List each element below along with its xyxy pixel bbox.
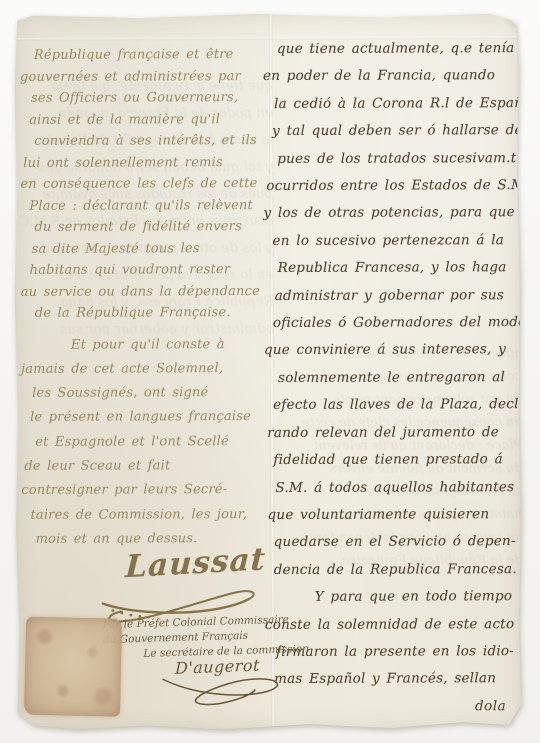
manuscript-line: administrar y gobernar por sus — [275, 282, 521, 310]
manuscript-line: jamais de cet acte Solemnel, — [21, 357, 267, 382]
catchword: dola — [475, 698, 506, 714]
manuscript-line: en lo sucesivo pertenezcan á la — [272, 227, 518, 255]
manuscript-line: fidelidad que tienen prestado á — [273, 446, 519, 474]
manuscript-line: les Soussignés, ont signé — [32, 381, 278, 406]
manuscript-line: en conséquence les clefs de cette — [20, 173, 266, 195]
spanish-paragraph: Y para que en todo tiempoconste la solem… — [274, 583, 520, 693]
manuscript-line: que voluntariamente quisieren — [267, 501, 513, 529]
attestation-block: Par le Préfet Colonial Commissaire du Go… — [102, 612, 293, 663]
manuscript-line: quedarse en el Servicio ó depen- — [274, 528, 520, 556]
manuscript-line: rando relevan del juramento de — [267, 419, 513, 447]
manuscript-line: ses Officiers ou Gouverneurs, — [31, 87, 277, 109]
manuscript-line: au service ou dans la dépendance — [21, 281, 267, 303]
manuscript-line: y los de otras potencias, para que — [263, 200, 509, 228]
manuscript-line: mas Español y Francés, sellan — [274, 665, 520, 693]
manuscript-line: de la République Française. — [35, 302, 281, 324]
spanish-text-column: que tiene actualmente, q.e teníaen poder… — [272, 35, 520, 694]
manuscript-line: S.M. á todos aquellos habitantes — [275, 474, 521, 502]
manuscript-line: du serment de fidélité envers — [34, 216, 280, 238]
manuscript-line: que tiene actualmente, q.e tenía — [277, 35, 523, 63]
manuscript-line: la cedió à la Corona R.l de España — [274, 90, 520, 118]
manuscript-line: oficiales ó Gobernadores del modo — [273, 309, 519, 337]
manuscript-line: Place : déclarant qu'ils relèvent — [29, 194, 275, 216]
french-text-column: République française et êtregouvernées e… — [29, 44, 277, 552]
manuscript-line: Et pour qu'il conste à — [35, 332, 281, 357]
manuscript-line: le présent en langues française — [30, 405, 276, 430]
manuscript-line: de leur Sceau et fait — [24, 454, 270, 479]
secretary-flourish-icon — [157, 673, 287, 713]
manuscript-line: solemnemente le entregaron al — [278, 364, 524, 392]
manuscript-line: ainsi et de la manière qu'il — [29, 108, 275, 130]
manuscript-line: firmaron la presente en los idio- — [276, 638, 522, 666]
manuscript-line: habitans qui voudront rester — [30, 259, 276, 281]
manuscript-line: que conviniere á sus intereses, y — [264, 337, 510, 365]
manuscript-line: en poder de la Francia, quando — [263, 63, 509, 91]
manuscript-line: contresigner par leurs Secré- — [21, 478, 267, 503]
manuscript-line: pues de los tratados sucesivam.te — [277, 145, 523, 173]
manuscript-page: que tiene actualmente, q.e teníaen poder… — [13, 12, 522, 731]
manuscript-line: Y para que en todo tiempo — [279, 583, 525, 611]
french-paragraph: République française et êtregouvernées e… — [29, 44, 276, 324]
manuscript-line: y tal qual deben ser ó hallarse des- — [272, 117, 518, 145]
manuscript-line: lui ont solennellement remis — [23, 151, 269, 173]
spanish-paragraph: que tiene actualmente, q.e teníaen poder… — [272, 35, 520, 584]
manuscript-line: taires de Commission, les jour, — [30, 503, 276, 528]
manuscript-line: efecto las llaves de la Plaza, decla- — [273, 391, 519, 419]
manuscript-line: gouvernées et administrées par — [20, 66, 266, 88]
manuscript-line: République française et être — [34, 44, 280, 66]
manuscript-line: Republica Francesa, y los haga — [278, 254, 524, 282]
seal-stain — [24, 617, 122, 717]
manuscript-line: dencia de la Republica Francesa. — [274, 556, 520, 584]
french-paragraph: Et pour qu'il conste àjamais de cet acte… — [30, 332, 277, 552]
manuscript-line: conviendra à ses intérêts, et ils — [34, 130, 280, 152]
manuscript-line: et Espagnole et l'ont Scellé — [35, 430, 281, 455]
manuscript-line: sa dite Majesté tous les — [32, 237, 278, 259]
photo-background: que tiene actualmente, q.e teníaen poder… — [0, 0, 540, 743]
manuscript-line: ocurridos entre los Estados de S.M.C. — [266, 172, 512, 200]
manuscript-line: conste la solemnidad de este acto — [265, 611, 511, 639]
